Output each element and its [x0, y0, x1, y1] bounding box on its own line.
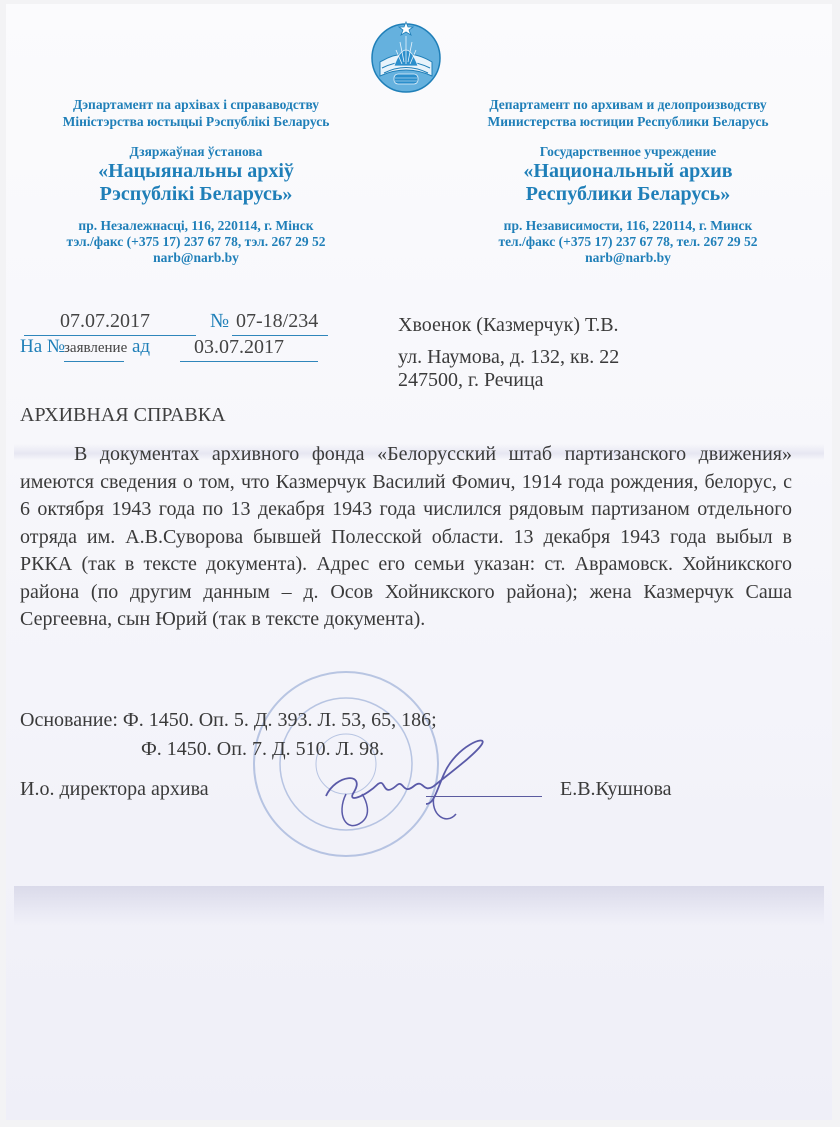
letterhead-russian: Департамент по архивам и делопроизводств… [438, 96, 818, 266]
signature-icon [306, 734, 526, 844]
institution-type: Дзяржаўная ўстанова [6, 143, 386, 160]
number-label: № [210, 310, 229, 333]
institution-type: Государственное учреждение [438, 143, 818, 160]
document-body: В документах архивного фонда «Белорусски… [20, 441, 792, 634]
address: пр. Незалежнасці, 116, 220114, г. Мінск [6, 218, 386, 234]
address: пр. Независимости, 116, 220114, г. Минск [438, 218, 818, 234]
document-page: Дэпартамент па архівах і справаводству М… [6, 4, 832, 1120]
basis-line-1: Основание: Ф. 1450. Оп. 5. Д. 393. Л. 53… [20, 706, 437, 735]
reply-date: 03.07.2017 [194, 336, 284, 359]
phones: тел./факс (+375 17) 237 67 78, тел. 267 … [438, 234, 818, 250]
reply-label: На № [20, 336, 65, 358]
addressee-city: 247500, г. Речица [398, 369, 619, 392]
addressee-block: Хвоенок (Казмерчук) Т.В. ул. Наумова, д.… [398, 314, 619, 392]
archive-name-line2: Рэспублікі Беларусь» [6, 183, 386, 206]
signer-position: И.о. директора архива [20, 778, 209, 801]
addressee-name: Хвоенок (Казмерчук) Т.В. [398, 314, 619, 337]
paper-fold [14, 886, 824, 926]
belarus-coat-of-arms-icon [364, 16, 448, 96]
ministry-line: Міністэрства юстыцыі Рэспублікі Беларусь [6, 113, 386, 130]
letterhead-belarusian: Дэпартамент па архівах і справаводству М… [6, 96, 386, 266]
archive-name-line1: «Национальный архив [438, 160, 818, 183]
signature-line [426, 796, 542, 797]
archive-name-line2: Республики Беларусь» [438, 183, 818, 206]
registration-block: 07.07.2017 № 07-18/234 На № заявление ад… [20, 310, 330, 360]
email: narb@narb.by [6, 250, 386, 266]
archive-name-line1: «Нацыянальны архіў [6, 160, 386, 183]
from-label: ад [132, 336, 150, 358]
addressee-street: ул. Наумова, д. 132, кв. 22 [398, 346, 619, 369]
department-line: Дэпартамент па архівах і справаводству [6, 96, 386, 113]
email: narb@narb.by [438, 250, 818, 266]
outgoing-date: 07.07.2017 [60, 310, 150, 333]
signer-name: Е.В.Кушнова [560, 778, 672, 801]
outgoing-number: 07-18/234 [236, 310, 318, 333]
document-title: АРХИВНАЯ СПРАВКА [20, 404, 226, 427]
reply-to: заявление [64, 340, 127, 357]
department-line: Департамент по архивам и делопроизводств… [438, 96, 818, 113]
phones: тэл./факс (+375 17) 237 67 78, тэл. 267 … [6, 234, 386, 250]
ministry-line: Министерства юстиции Республики Беларусь [438, 113, 818, 130]
